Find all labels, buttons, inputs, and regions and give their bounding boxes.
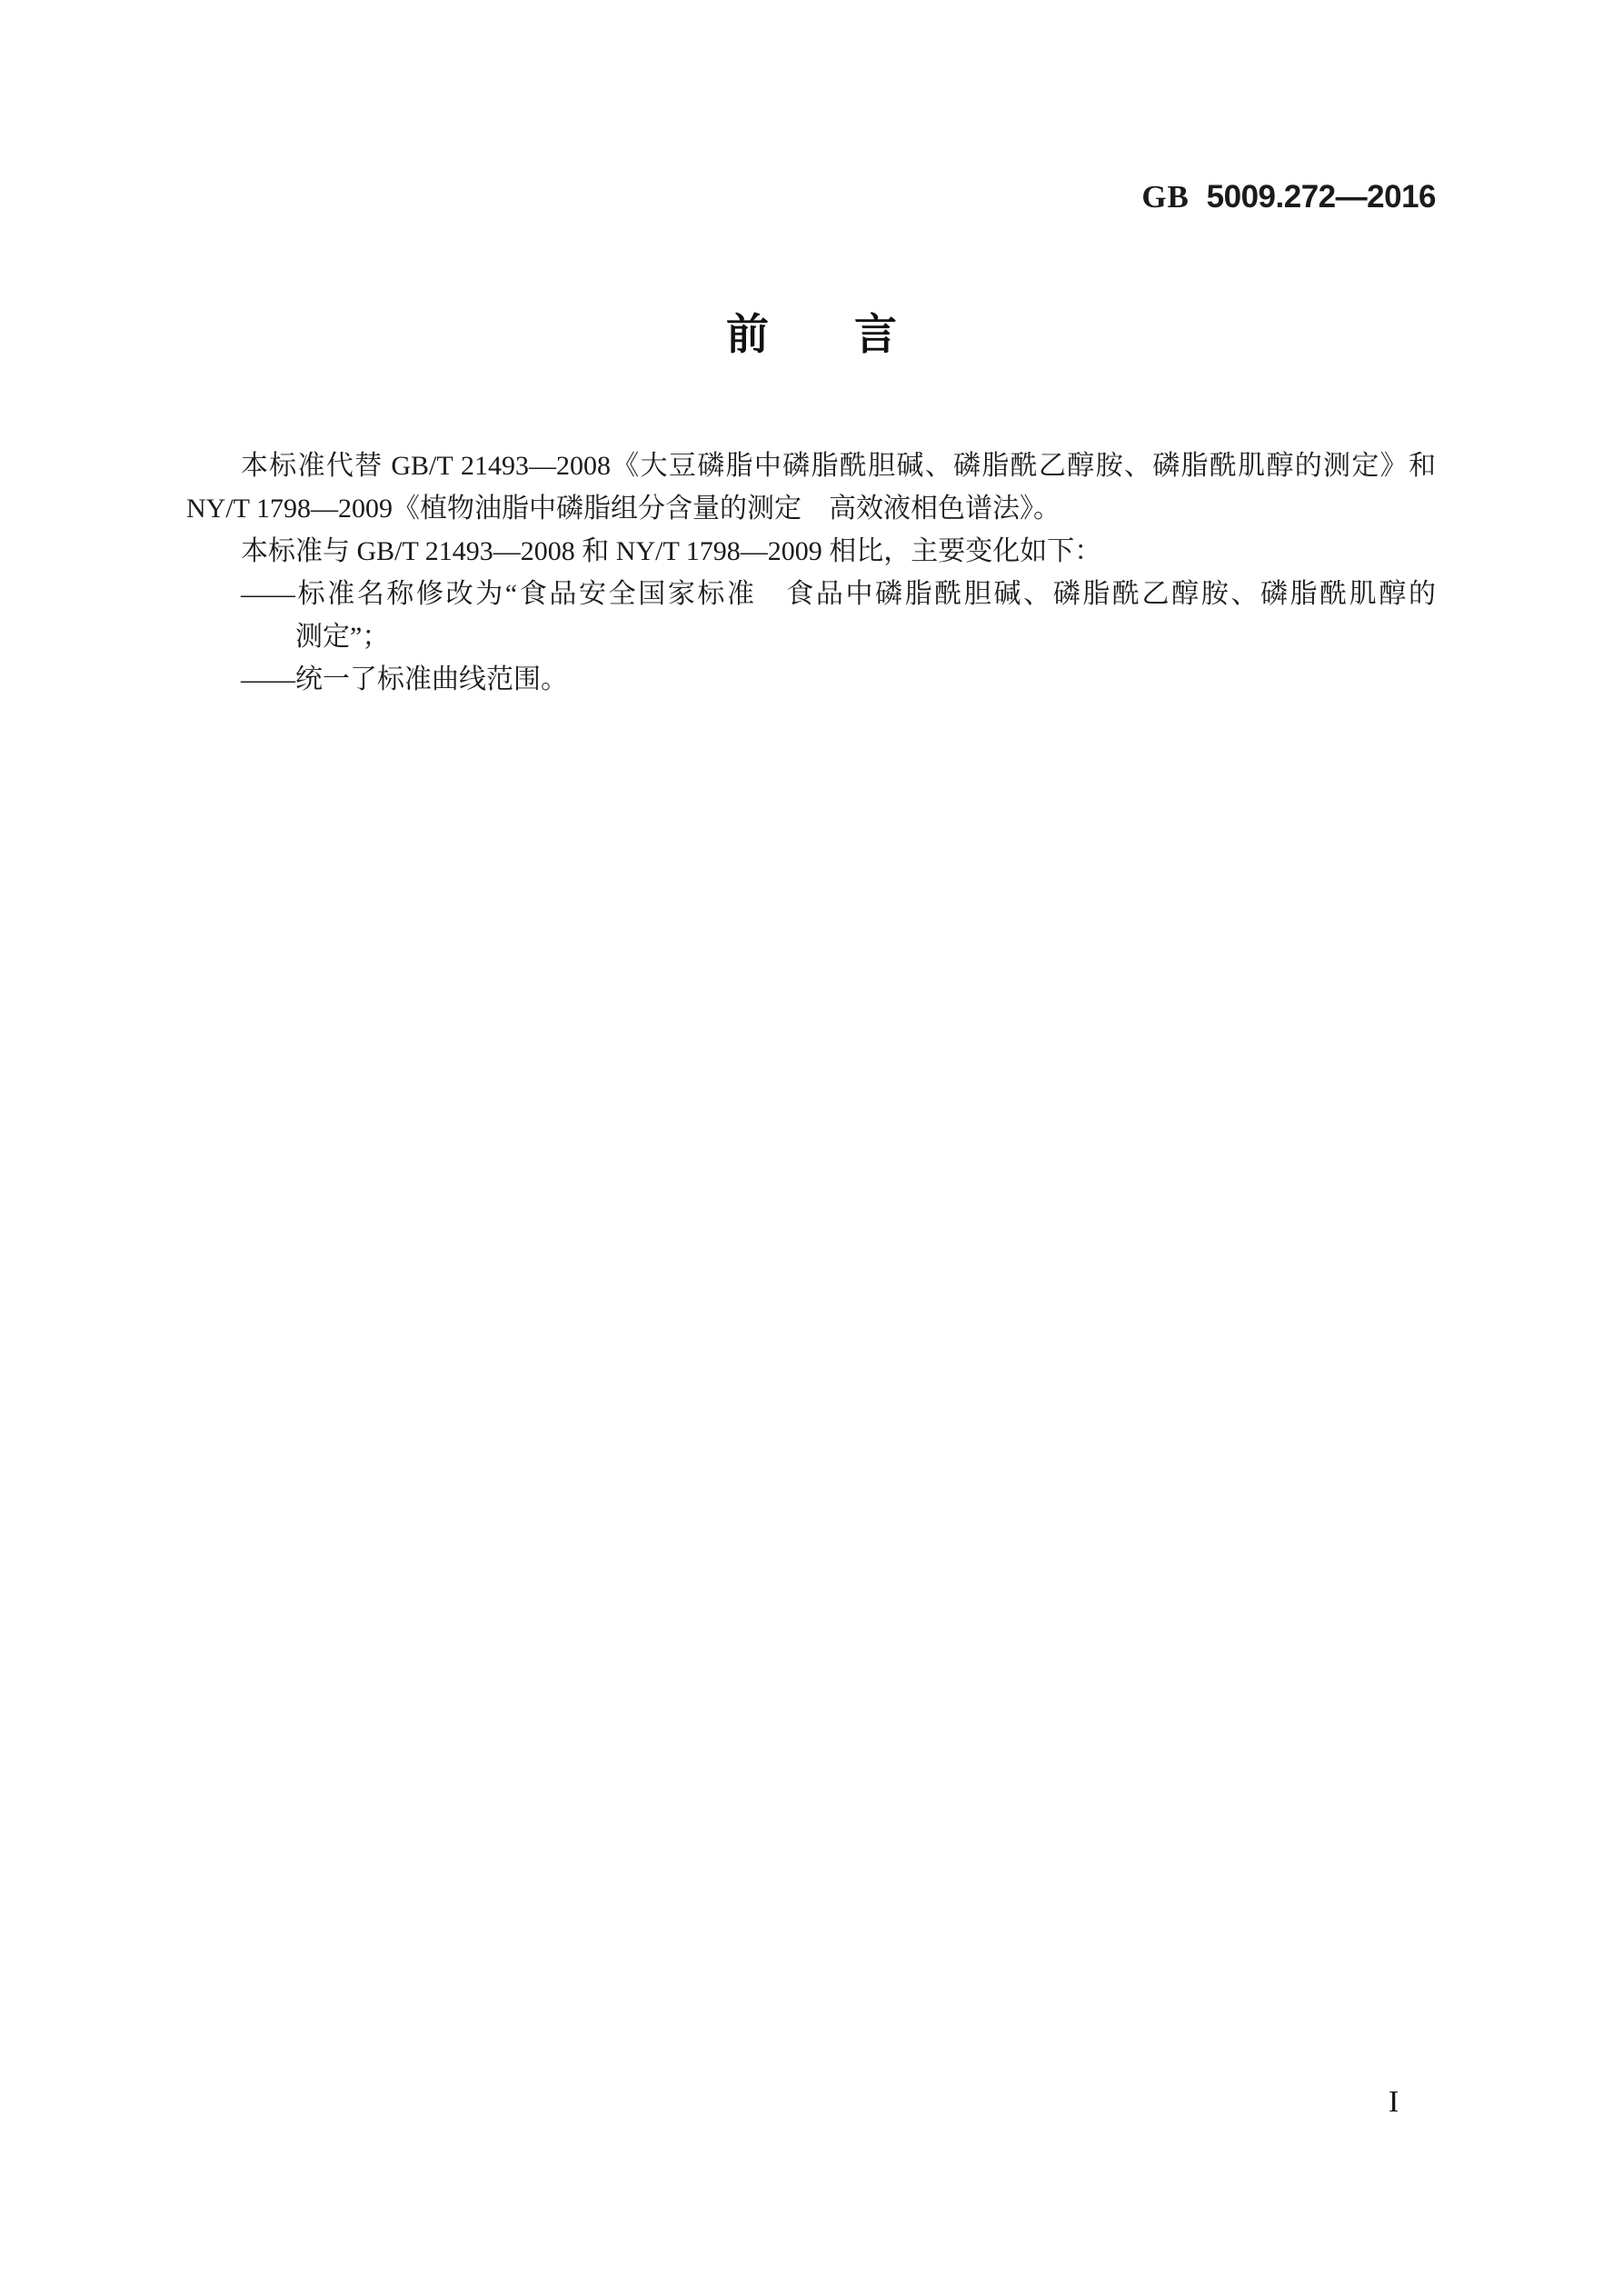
foreword-line: ——标准名称修改为“食品安全国家标准 食品中磷脂酰胆碱、磷脂酰乙醇胺、磷脂酰肌醇… bbox=[186, 573, 1436, 615]
foreword-line: 本标准与 GB/T 21493—2008 和 NY/T 1798—2009 相比… bbox=[186, 530, 1436, 573]
foreword-line: 测定”； bbox=[186, 615, 1436, 658]
standard-code-org: GB bbox=[1141, 179, 1190, 215]
foreword-body: 本标准代替 GB/T 21493—2008《大豆磷脂中磷脂酰胆碱、磷脂酰乙醇胺、… bbox=[186, 444, 1436, 701]
standard-code: GB 5009.272—2016 bbox=[1141, 178, 1436, 216]
page-number: I bbox=[1389, 2087, 1399, 2118]
foreword-line: ——统一了标准曲线范围。 bbox=[186, 658, 1436, 701]
foreword-line: NY/T 1798—2009《植物油脂中磷脂组分含量的测定 高效液相色谱法》。 bbox=[186, 487, 1436, 530]
foreword-line: 本标准代替 GB/T 21493—2008《大豆磷脂中磷脂酰胆碱、磷脂酰乙醇胺、… bbox=[186, 444, 1436, 487]
page-title: 前 言 bbox=[0, 311, 1623, 358]
document-page: GB 5009.272—2016 前 言 本标准代替 GB/T 21493—20… bbox=[0, 0, 1623, 2296]
standard-code-number: 5009.272—2016 bbox=[1207, 179, 1436, 215]
